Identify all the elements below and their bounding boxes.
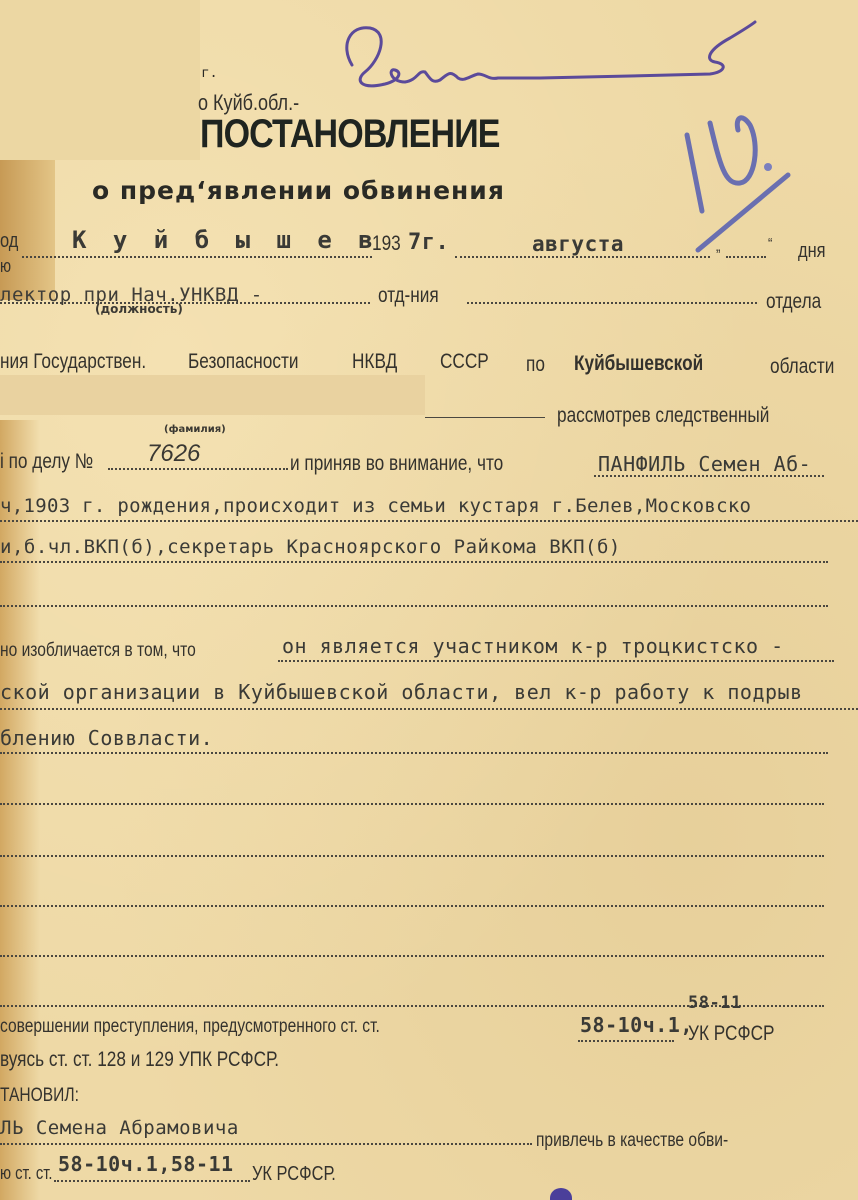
agency-text-3: НКВД xyxy=(352,350,397,374)
accusation-prefix: но изобличается в том, что xyxy=(0,640,196,662)
day-quote-close: “ xyxy=(768,236,772,254)
agency-text-4: СССР xyxy=(440,350,489,374)
day-quote-open: „ xyxy=(716,238,720,256)
month-value: августа xyxy=(532,232,624,256)
resolution-articles: 58-10ч.1,58-11 xyxy=(58,1152,234,1176)
ink-mark xyxy=(550,1188,572,1200)
page-title: ПОСТАНОВЛЕНИЕ xyxy=(200,112,500,157)
resolution-name-line xyxy=(0,1143,532,1145)
accused-detail-2: и,б.чл.ВКП(б),секретарь Красноярского Ра… xyxy=(0,536,621,558)
crime-article-super: 58-11 xyxy=(688,993,742,1013)
accused-detail-line-1 xyxy=(0,520,858,522)
position-field-line xyxy=(0,302,370,304)
position-caption: (должность) xyxy=(95,302,183,316)
case-number-line xyxy=(108,468,288,470)
paper-patch xyxy=(0,0,200,160)
crime-prefix: совершении преступления, предусмотренног… xyxy=(0,1016,380,1038)
accused-detail-1: ч,1903 г. рождения,происходит из семьи к… xyxy=(0,495,751,517)
day-field-line xyxy=(726,256,766,258)
paper-patch xyxy=(0,375,425,415)
resolved-label: ТАНОВИЛ: xyxy=(0,1085,79,1107)
line-prefix: ю xyxy=(0,256,11,277)
accused-detail-line-2 xyxy=(0,561,828,563)
year-prefix: 193 xyxy=(372,232,401,256)
empty-line-3 xyxy=(0,905,824,907)
city-label: од xyxy=(0,230,18,253)
resolution-code: УК РСФСР. xyxy=(252,1163,336,1186)
agency-text-7: области xyxy=(770,355,834,379)
crime-article: 58-10ч.1, xyxy=(580,1013,693,1037)
accusation-line-3 xyxy=(0,752,828,754)
page-number-icon xyxy=(680,85,780,235)
department-label: отдела xyxy=(766,290,821,314)
resolution-text: привлечь в качестве обви- xyxy=(536,1130,728,1152)
accusation-text-3: блению Соввласти. xyxy=(0,726,213,750)
procedure-line: вуясь ст. ст. 128 и 129 УПК РСФСР. xyxy=(0,1048,279,1072)
year-suffix: 7г. xyxy=(408,230,449,255)
case-middle: и приняв во внимание, что xyxy=(290,452,503,476)
agency-text-1: ния Государствен. xyxy=(0,350,146,374)
empty-line-1 xyxy=(0,803,824,805)
agency-text-2: Безопасности xyxy=(188,350,298,374)
resolution-articles-line xyxy=(54,1180,250,1182)
day-label: дня xyxy=(798,240,826,263)
surname-line-text: рассмотрев следственный xyxy=(557,404,769,428)
accusation-text-2: ской организации в Куйбышевской области,… xyxy=(0,680,803,704)
city-field-line xyxy=(22,256,372,258)
case-number: 7626 xyxy=(147,440,200,468)
city-prefix: г. xyxy=(201,66,218,82)
page-subtitle: о пред‘явлении обвинения xyxy=(92,176,505,205)
crime-article-line xyxy=(578,1040,674,1042)
agency-text-6: Куйбышевской xyxy=(574,352,703,376)
empty-line-2 xyxy=(0,855,824,857)
surname-caption: (фамилия) xyxy=(164,424,226,435)
empty-line-4 xyxy=(0,955,824,957)
city-value: К у й б ы ш е в xyxy=(72,226,379,254)
section-field-line xyxy=(467,302,757,304)
accusation-line-2 xyxy=(0,708,858,710)
resolution-articles-prefix: ю ст. ст. xyxy=(0,1163,52,1184)
section-label: отд-ния xyxy=(378,284,439,308)
blank-line xyxy=(0,605,828,607)
month-field-line xyxy=(455,256,710,258)
agency-text-5: по xyxy=(526,353,545,377)
case-prefix: і по делу № xyxy=(0,450,93,474)
accusation-line-1 xyxy=(278,660,834,662)
accused-start: ПАНФИЛЬ Семен Аб- xyxy=(598,452,811,476)
crime-code: УК РСФСР xyxy=(688,1022,774,1046)
resolution-name: ЛЬ Семена Абрамовича xyxy=(0,1117,239,1139)
surname-field-line xyxy=(425,417,545,418)
accusation-text-1: он является участником к-р троцкистско - xyxy=(282,634,784,658)
